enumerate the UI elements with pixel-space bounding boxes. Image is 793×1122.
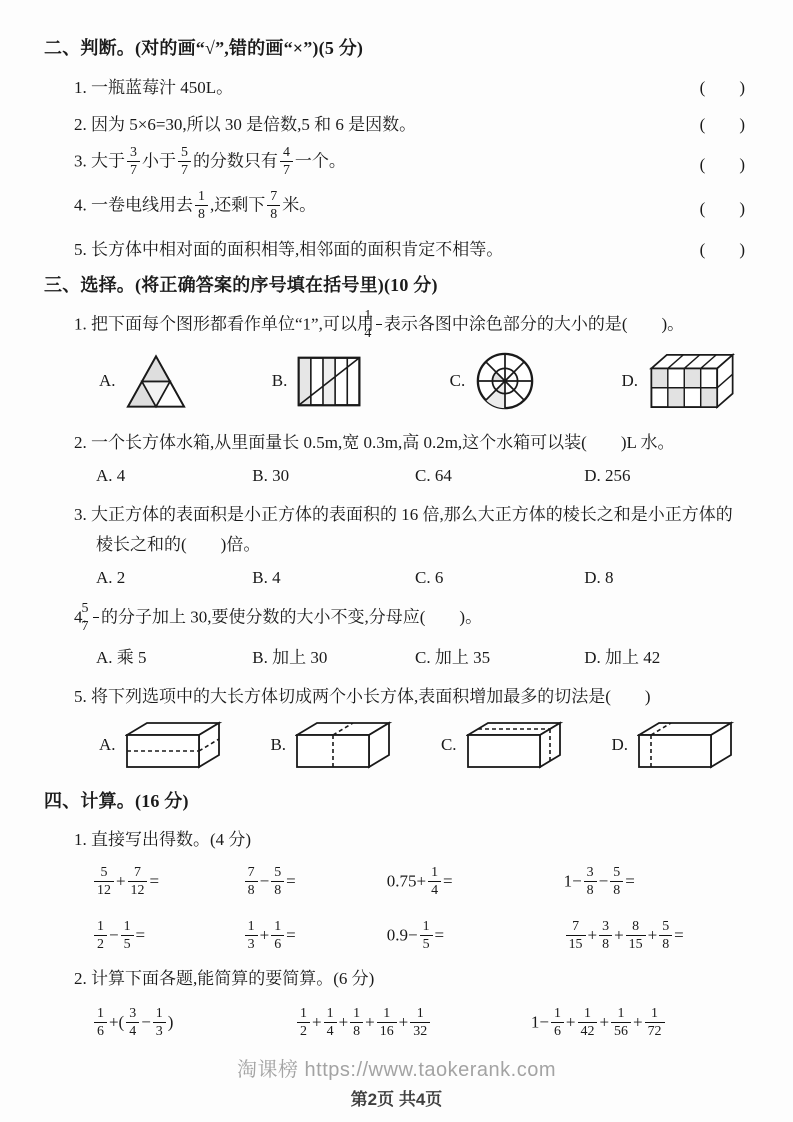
math-expression[interactable]: 1−16+142+156+172 [531, 1007, 747, 1040]
figure-option-c[interactable]: C. [450, 350, 537, 412]
choice-q1-figures: A. B. [99, 350, 737, 412]
judgment-item-text: 5. 长方体中相对面的面积相等,相邻面的面积肯定不相等。 [74, 235, 503, 260]
figure-label: C. [450, 371, 466, 391]
judgment-item: 3. 大于37小于57的分数只有47一个。 ( ) [74, 146, 745, 179]
figure-option-a[interactable]: A. [99, 719, 225, 771]
watermark-text: 淘课榜 https://www.taokerank.com [0, 1053, 793, 1082]
section-choice-title: 三、选择。(将正确答案的序号填在括号里)(10 分) [44, 271, 747, 297]
option-c[interactable]: C. 6 [415, 568, 584, 588]
answer-bracket[interactable]: ( ) [700, 194, 745, 219]
figure-label: D. [611, 735, 628, 755]
answer-bracket[interactable]: ( ) [700, 150, 745, 175]
figure-option-b[interactable]: B. [272, 354, 365, 409]
figure-label: A. [99, 735, 116, 755]
choice-q5-stem: 5. 将下列选项中的大长方体切成两个小长方体,表面积增加最多的切法是( ) [74, 682, 747, 712]
section-choice: 三、选择。(将正确答案的序号填在括号里)(10 分) 1. 把下面每个图形都看作… [44, 271, 747, 771]
option-b[interactable]: B. 30 [252, 466, 415, 486]
figure-option-c[interactable]: C. [441, 719, 566, 771]
option-b[interactable]: B. 4 [252, 568, 415, 588]
page-number: 第2页 共4页 [0, 1085, 793, 1110]
choice-q2-stem: 2. 一个长方体水箱,从里面量长 0.5m,宽 0.3m,高 0.2m,这个水箱… [74, 428, 747, 458]
section-judgment: 二、判断。(对的画“√”,错的画“×”)(5 分) 1. 一瓶蓝莓汁 450L。… [44, 34, 747, 260]
figure-label: B. [272, 371, 288, 391]
judgment-item: 5. 长方体中相对面的面积相等,相邻面的面积肯定不相等。 ( ) [74, 234, 745, 260]
cuboid-grid-figure [647, 351, 737, 411]
calc-sub2-title: 2. 计算下面各题,能简算的要简算。(6 分) [74, 964, 747, 989]
judgment-item-text: 2. 因为 5×6=30,所以 30 是倍数,5 和 6 是因数。 [74, 110, 416, 135]
option-a[interactable]: A. 4 [96, 466, 252, 486]
math-expression[interactable]: 12−15= [92, 920, 243, 953]
figure-option-a[interactable]: A. [99, 353, 187, 410]
answer-bracket[interactable]: ( ) [700, 235, 745, 260]
section-judgment-title: 二、判断。(对的画“√”,错的画“×”)(5 分) [44, 34, 747, 60]
choice-q3-options: A. 2 B. 4 C. 6 D. 8 [96, 568, 747, 588]
mental-math-row-1: 512+712= 78−58= 0.75+14= 1−38−58= [92, 856, 747, 908]
math-expression[interactable]: 78−58= [243, 866, 387, 899]
answer-bracket[interactable]: ( ) [700, 73, 745, 98]
rectangle-stripes-diagonal-figure [296, 354, 364, 409]
choice-q5-figures: A. B. [99, 719, 737, 771]
math-expression[interactable]: 1−38−58= [564, 866, 747, 899]
figure-option-d[interactable]: D. [621, 351, 737, 411]
option-d[interactable]: D. 8 [584, 568, 747, 588]
choice-q1-stem: 1. 把下面每个图形都看作单位“1”,可以用14表示各图中涂色部分的大小的是( … [74, 309, 747, 342]
circle-wheel-figure [474, 350, 536, 412]
option-b[interactable]: B. 加上 30 [252, 643, 415, 668]
section-calculation: 四、计算。(16 分) 1. 直接写出得数。(4 分) 512+712= 78−… [44, 787, 747, 1051]
option-a[interactable]: A. 乘 5 [96, 643, 252, 668]
figure-label: B. [270, 735, 286, 755]
option-d[interactable]: D. 加上 42 [584, 643, 747, 668]
figure-option-b[interactable]: B. [270, 719, 395, 771]
exam-page: 二、判断。(对的画“√”,错的画“×”)(5 分) 1. 一瓶蓝莓汁 450L。… [0, 0, 793, 1122]
cuboid-lengthwise-cut-figure [466, 719, 566, 771]
figure-label: C. [441, 735, 457, 755]
option-c[interactable]: C. 加上 35 [415, 643, 584, 668]
math-expression[interactable]: 0.9−15= [387, 920, 564, 953]
cuboid-end-cut-figure [637, 719, 737, 771]
choice-q2-options: A. 4 B. 30 C. 64 D. 256 [96, 466, 747, 486]
figure-label: A. [99, 371, 116, 391]
math-expression[interactable]: 512+712= [92, 866, 243, 899]
math-expression[interactable]: 0.75+14= [387, 866, 564, 899]
page-footer: 淘课榜 https://www.taokerank.com 第2页 共4页 [0, 1053, 793, 1110]
answer-bracket[interactable]: ( ) [700, 110, 745, 135]
judgment-item: 1. 一瓶蓝莓汁 450L。 ( ) [74, 72, 745, 98]
cuboid-horizontal-cut-figure [125, 719, 225, 771]
math-expression[interactable]: 715+38+815+58= [564, 920, 747, 953]
calc-sub1-title: 1. 直接写出得数。(4 分) [74, 825, 747, 850]
choice-q3-stem: 3. 大正方体的表面积是小正方体的表面积的 16 倍,那么大正方体的棱长之和是小… [74, 500, 747, 560]
mental-math-row-2: 12−15= 13+16= 0.9−15= 715+38+815+58= [92, 910, 747, 962]
judgment-item-text: 1. 一瓶蓝莓汁 450L。 [74, 73, 233, 98]
option-c[interactable]: C. 64 [415, 466, 584, 486]
math-expression[interactable]: 16+(34−13) [92, 1007, 295, 1040]
judgment-item: 4. 一卷电线用去18,还剩下78米。 ( ) [74, 190, 745, 223]
section-calculation-title: 四、计算。(16 分) [44, 787, 747, 813]
judgment-item-text: 4. 一卷电线用去18,还剩下78米。 [74, 190, 316, 223]
choice-q4-options: A. 乘 5 B. 加上 30 C. 加上 35 D. 加上 42 [96, 643, 747, 668]
option-d[interactable]: D. 256 [584, 466, 747, 486]
judgment-item-text: 3. 大于37小于57的分数只有47一个。 [74, 146, 346, 179]
triangle-divided-figure [125, 353, 187, 410]
math-expression[interactable]: 13+16= [243, 920, 387, 953]
judgment-item: 2. 因为 5×6=30,所以 30 是倍数,5 和 6 是因数。 ( ) [74, 109, 745, 135]
math-expression[interactable]: 12+14+18+116+132 [295, 1007, 531, 1040]
option-a[interactable]: A. 2 [96, 568, 252, 588]
figure-label: D. [621, 371, 638, 391]
figure-option-d[interactable]: D. [611, 719, 737, 771]
simplify-row: 16+(34−13) 12+14+18+116+132 1−16+142+156… [92, 995, 747, 1051]
cuboid-middle-cut-figure [295, 719, 395, 771]
choice-q4-stem: 4. 57的分子加上 30,要使分数的大小不变,分母应( )。 [74, 602, 747, 635]
